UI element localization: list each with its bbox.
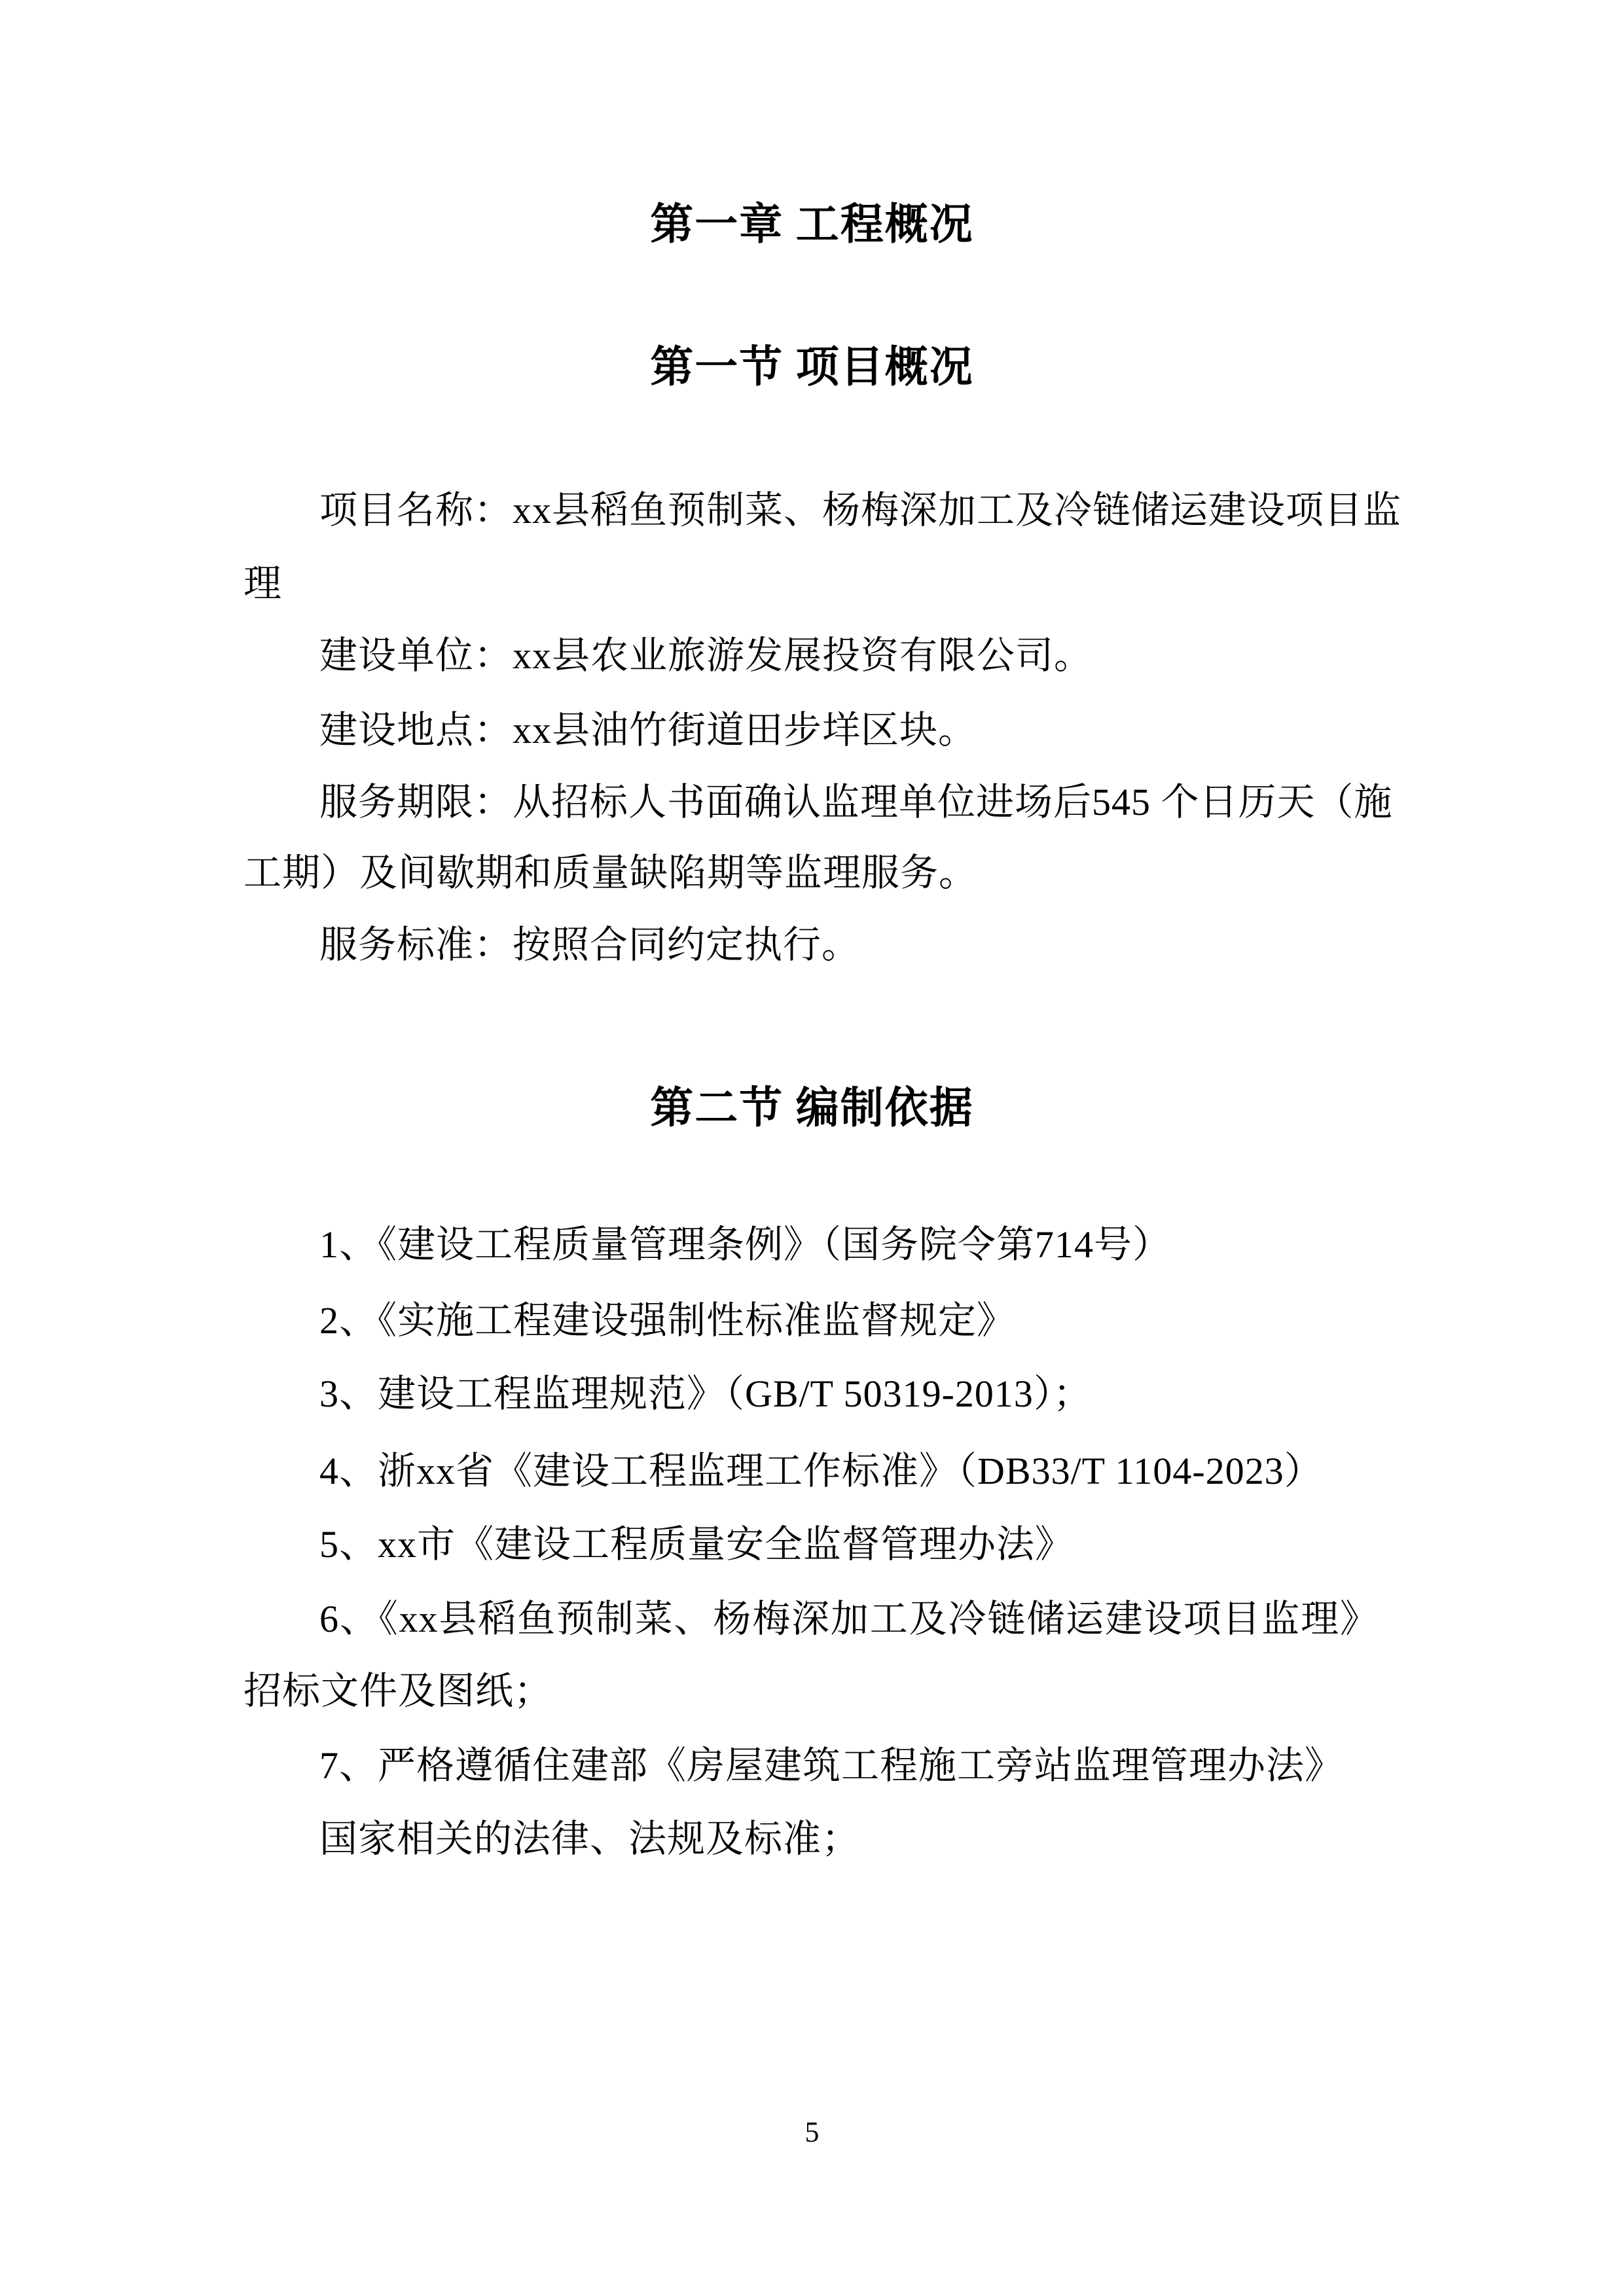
body-line-project-name: 项目名称：xx县稻鱼预制菜、杨梅深加工及冷链储运建设项目监 <box>244 488 1379 533</box>
page-number: 5 <box>0 2115 1624 2149</box>
body-line-location: 建设地点：xx县油竹街道田步垟区块。 <box>244 708 1379 753</box>
list-item-7: 7、严格遵循住建部《房屋建筑工程施工旁站监理管理办法》 <box>244 1744 1379 1788</box>
body-line-service-period: 服务期限：从招标人书面确认监理单位进场后545 个日历天（施 <box>244 780 1379 825</box>
list-item-5: 5、xx市《建设工程质量安全监督管理办法》 <box>244 1522 1379 1567</box>
list-item-7-note: 国家相关的法律、法规及标准； <box>244 1817 1379 1861</box>
section-2-heading: 第二节 编制依据 <box>0 1084 1624 1134</box>
list-item-3: 3、建设工程监理规范》（GB/T 50319-2013）； <box>244 1372 1379 1416</box>
body-line-project-name-wrap: 理 <box>244 562 1379 606</box>
list-item-6-wrap: 招标文件及图纸； <box>244 1669 1379 1713</box>
list-item-6: 6、《xx县稻鱼预制菜、杨梅深加工及冷链储运建设项目监理》 <box>244 1597 1379 1641</box>
body-line-owner: 建设单位：xx县农业旅游发展投资有限公司。 <box>244 634 1379 678</box>
chapter-heading: 第一章 工程概况 <box>0 200 1624 250</box>
document-page: 第一章 工程概况 第一节 项目概况 项目名称：xx县稻鱼预制菜、杨梅深加工及冷链… <box>0 0 1624 2296</box>
list-item-1: 1、《建设工程质量管理条例》（国务院令第714号） <box>244 1223 1379 1267</box>
section-1-heading: 第一节 项目概况 <box>0 343 1624 393</box>
list-item-4: 4、浙xx省《建设工程监理工作标准》（DB33/T 1104-2023） <box>244 1449 1379 1494</box>
body-line-service-period-wrap: 工期）及间歇期和质量缺陷期等监理服务。 <box>244 851 1379 895</box>
list-item-2: 2、《实施工程建设强制性标准监督规定》 <box>244 1299 1379 1343</box>
body-line-service-standard: 服务标准：按照合同约定执行。 <box>244 923 1379 967</box>
